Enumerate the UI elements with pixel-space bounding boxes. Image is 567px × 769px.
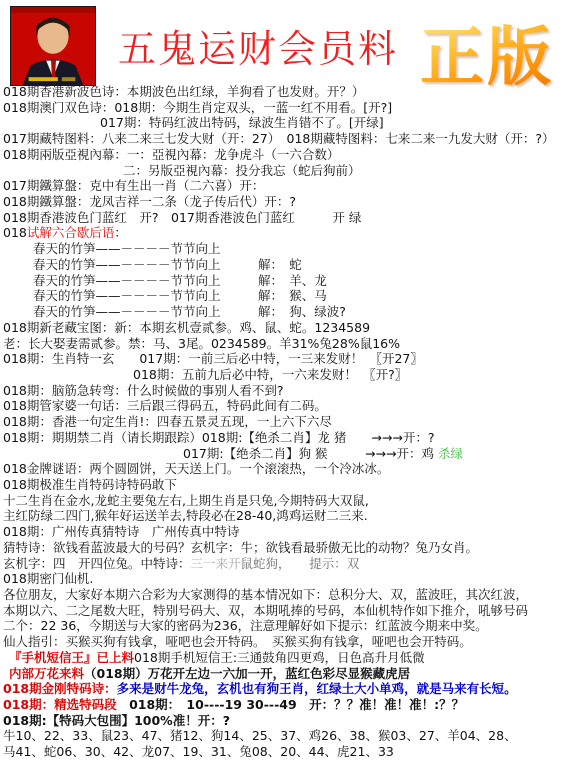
text-segment: 主红防绿二四门,猴年好运送羊去,特段必在28-40,鸿鸡运财二三来. [3,508,368,523]
text-segment: 017期藏特图料：八来二来三七发大财（开：27） 018期藏特图料：七来二来一九… [3,131,555,146]
text-segment: 018期澳门双色诗：018期：今期生肖定双头，一蓝一红不用看。[开?] [3,100,392,115]
text-segment: 018期：生肖特一玄 017期：一前三后必中特，一三来发财！ 〖开27〗 [3,351,423,366]
text-segment: 二：另版亞視內幕：投分我忘（蛇后狗前） [123,163,361,178]
text-segment: 各位朋友，大家好本期六合彩为大家测得的基本情况如下：总积分大、双，蓝波旺，其次红… [3,587,528,602]
text-line: 018期极准生肖特码诗特码敢下 [3,477,565,493]
text-line: 018期兩版亞視內幕：一：亞視內幕：龙争虎斗（一六合数） [3,147,565,163]
text-segment: 『手机短信王』已上料 [9,650,134,665]
text-segment: 018期： 10----19 30---49 开：？？准！准！准！:？？ [117,697,465,712]
text-line: 十二生肖在金水,龙蛇主要兔左右,上期生肖是只兔,今期特码大双鼠, [3,493,565,509]
text-segment: 春天的竹笋——－－－－节节向上 解： 狗、绿波? [33,304,346,319]
text-line: 018期：香港一句定生肖!：四春五景灵五现，一上六下六尽 [3,414,565,430]
text-line: 018期香港波色门蓝红 开? 017期香港波色门蓝红 开 绿 [3,210,565,226]
portrait-photo [10,6,96,86]
text-line: 018期：生肖特一玄 017期：一前三后必中特，一三来发财！ 〖开27〗 [3,351,565,367]
text-line: 猜特诗：欲钱看蓝波最大的号码？玄机字：牛；欲钱看最骄傲无比的动物？兔乃女肖。 [3,540,565,556]
text-line: 马41、蛇06、30、42、龙07、19、31、兔08、20、44、虎21、33 [3,744,565,760]
text-line: 玄机字：四 开四位兔。中特诗：三一来开鼠蛇狗， 提示：双 [3,556,565,572]
text-segment: 017期鐵算盤：克中有生出一肖（二六喜）开： [3,178,264,193]
text-line: 018期澳门双色诗：018期：今期生肖定双头，一蓝一红不用看。[开?] [3,100,565,116]
text-segment: 春天的竹笋——－－－－节节向上 [33,241,221,256]
text-segment: 018期手机短信王:三通鼓角四更鸡，日色高升月低微 [134,650,425,665]
text-segment: 018期兩版亞視內幕：一：亞視內幕：龙争虎斗（一六合数） [3,147,339,162]
text-line: 018试解六合歇后语： [3,225,565,241]
text-segment: 老：长大娶妻需贰参。禁：马、3尾。0234589。羊31%兔28%鼠16% [3,336,400,351]
text-segment: 玄机字：四 开四位兔。中特诗： [3,556,191,571]
text-segment: 三一来开 [191,556,241,571]
text-line: 018期：期期禁二肖（请长期跟踪）018期:【绝杀二肖】龙 猪 →→→开：? [3,430,565,446]
text-line: 各位朋友，大家好本期六合彩为大家测得的基本情况如下：总积分大、双，蓝波旺，其次红… [3,587,565,603]
page-title: 五鬼运财会员料 [118,18,398,73]
text-segment: 内部万花来料 [9,666,84,681]
text-segment: 本期以六、二之尾数大旺，特别号码大、双，本期吼捧的号码，本仙机特作如下推介，吼够… [3,603,528,618]
text-segment: 017期：特码红波出特码，绿波生肖错不了。[开绿] [100,115,384,130]
text-line: 春天的竹笋——－－－－节节向上 解： 猴、马 [3,288,565,304]
text-line: 春天的竹笋——－－－－节节向上 解： 狗、绿波? [3,304,565,320]
text-segment: 018期：脑筋急转弯：什么时候做的事别人看不到? [3,383,284,398]
text-segment: 018期极准生肖特码诗特码敢下 [3,477,177,492]
text-segment: 春天的竹笋——－－－－节节向上 解： 猴、马 [33,288,327,303]
text-segment: 多来是财牛龙兔，玄机也有狗王肖，红绿土大小单鸡，就是马来有长短。 [117,681,517,696]
text-line: 018金牌谜语：两个圆圆饼，天天送上门。一个滚滚热，一个冷冰冰。 [3,461,565,477]
text-segment: ： [114,225,127,240]
text-line: 018期：脑筋急转弯：什么时候做的事别人看不到? [3,383,565,399]
text-line: 牛10、22、33、鼠23、47、猪12、狗14、25、37、鸡26、38、猴0… [3,728,565,744]
text-segment: 试解六合歇后语 [27,225,115,240]
text-line: 018期:【特码大包围】100%准！开：? [3,713,565,729]
text-segment: 018期：香港一句定生肖!：四春五景灵五现，一上六下六尽 [3,414,332,429]
text-line: 017期:【绝杀二肖】狗 猴 →→→开：鸡 杀绿 [3,446,565,462]
text-segment: 018期:【特码大包围】100%准！开：? [3,713,230,728]
text-segment: 提示：双 [284,556,359,571]
text-segment: 猜特诗：欲钱看蓝波最大的号码？玄机字：牛；欲钱看最骄傲无比的动物？兔乃女肖。 [3,540,478,555]
text-segment: 018期金刚特码诗： [3,681,117,696]
text-line: 主红防绿二四门,猴年好运送羊去,特段必在28-40,鸿鸡运财二三来. [3,508,565,524]
text-segment: 018期：五前九后必中特，一六来发财！ 〖开?〗 [133,367,407,382]
text-segment: 017期:【绝杀二肖】狗 猴 →→→开：鸡 [183,446,438,461]
text-segment: 018 [3,225,27,240]
text-segment: 018期鐵算盤：龙凤吉祥一二条（龙子传后代）开：? [3,194,296,209]
text-line: 018期：精选特码段 018期： 10----19 30---49 开：？？准！… [3,697,565,713]
text-line: 本期以六、二之尾数大旺，特别号码大、双，本期吼捧的号码，本仙机特作如下推介，吼够… [3,603,565,619]
text-line: 018期：广州传真猜特诗 广州传真中特诗 [3,524,565,540]
text-segment: 仙人指引：买猴买狗有钱拿，哑吧也会开特码。 买猴买狗有钱拿，哑吧也会开特码。 [3,634,472,649]
text-segment: 马41、蛇06、30、42、龙07、19、31、兔08、20、44、虎21、33 [3,744,394,759]
text-line: 018期：五前九后必中特，一六来发财！ 〖开?〗 [3,367,565,383]
text-segment: 杀绿 [438,446,463,461]
text-segment: 018期：广州传真猜特诗 广州传真中特诗 [3,524,239,539]
text-segment: 018金牌谜语：两个圆圆饼，天天送上门。一个滚滚热，一个冷冰冰。 [3,461,389,476]
text-segment: 018期管家婆一句话：三后跟三得码五，特码此间有二码。 [3,398,327,413]
text-line: 018期金刚特码诗：多来是财牛龙兔，玄机也有狗王肖，红绿土大小单鸡，就是马来有长… [3,681,565,697]
text-line: 018期香港新波色诗：本期波色出红绿，羊狗看了也发财。开？） [3,84,565,100]
text-segment: 二个：22 36，今期送与大家的密码为236，注意理解好如下提示：红蓝波今期来中… [3,618,488,633]
text-segment: 018期新老藏宝图：新：本期玄机壹贰参。鸡、鼠、蛇。1234589 [3,320,370,335]
text-segment: 十二生肖在金水,龙蛇主要兔左右,上期生肖是只兔,今期特码大双鼠, [3,493,369,508]
text-segment: 018期密门仙机. [3,571,93,586]
text-line: 仙人指引：买猴买狗有钱拿，哑吧也会开特码。 买猴买狗有钱拿，哑吧也会开特码。 [3,634,565,650]
text-line: 春天的竹笋——－－－－节节向上 解： 蛇 [3,257,565,273]
text-segment: 018期香港新波色诗：本期波色出红绿，羊狗看了也发财。开？） [3,84,364,99]
text-line: 018期密门仙机. [3,571,565,587]
tip-sheet-page: 五鬼运财会员料 正版 018期香港新波色诗：本期波色出红绿，羊狗看了也发财。开？… [0,0,567,769]
text-segment: 018期香港波色门蓝红 开? 017期香港波色门蓝红 开 绿 [3,210,361,225]
text-line: 017期鐵算盤：克中有生出一肖（二六喜）开： [3,178,565,194]
text-line: 017期藏特图料：八来二来三七发大财（开：27） 018期藏特图料：七来二来一九… [3,131,565,147]
text-segment: （018期）万花开左边一六加一开，蓝红色彩尽显猴藏虎居 [84,666,410,681]
text-line: 『手机短信王』已上料018期手机短信王:三通鼓角四更鸡，日色高升月低微 [3,650,565,666]
text-segment: 牛10、22、33、鼠23、47、猪12、狗14、25、37、鸡26、38、猴0… [3,728,517,743]
text-line: 二：另版亞視內幕：投分我忘（蛇后狗前） [3,163,565,179]
text-line: 018期管家婆一句话：三后跟三得码五，特码此间有二码。 [3,398,565,414]
text-line: 018期鐵算盤：龙凤吉祥一二条（龙子传后代）开：? [3,194,565,210]
text-block: 018期香港新波色诗：本期波色出红绿，羊狗看了也发财。开？）018期澳门双色诗：… [3,84,565,760]
text-line: 春天的竹笋——－－－－节节向上 解： 羊、龙 [3,273,565,289]
text-segment: 018期：精选特码段 [3,697,117,712]
text-line: 017期：特码红波出特码，绿波生肖错不了。[开绿] [3,115,565,131]
text-line: 内部万花来料（018期）万花开左边一六加一开，蓝红色彩尽显猴藏虎居 [3,666,565,682]
text-segment: 018期：期期禁二肖（请长期跟踪）018期:【绝杀二肖】龙 猪 →→→开：? [3,430,434,445]
text-line: 春天的竹笋——－－－－节节向上 [3,241,565,257]
text-segment: 春天的竹笋——－－－－节节向上 解： 羊、龙 [33,273,327,288]
man-portrait-graphic [11,7,95,85]
text-line: 二个：22 36，今期送与大家的密码为236，注意理解好如下提示：红蓝波今期来中… [3,618,565,634]
text-segment: 春天的竹笋——－－－－节节向上 解： 蛇 [33,257,302,272]
text-line: 老：长大娶妻需贰参。禁：马、3尾。0234589。羊31%兔28%鼠16% [3,336,565,352]
text-segment: 鼠蛇狗， [241,556,285,571]
text-line: 018期新老藏宝图：新：本期玄机壹贰参。鸡、鼠、蛇。1234589 [3,320,565,336]
